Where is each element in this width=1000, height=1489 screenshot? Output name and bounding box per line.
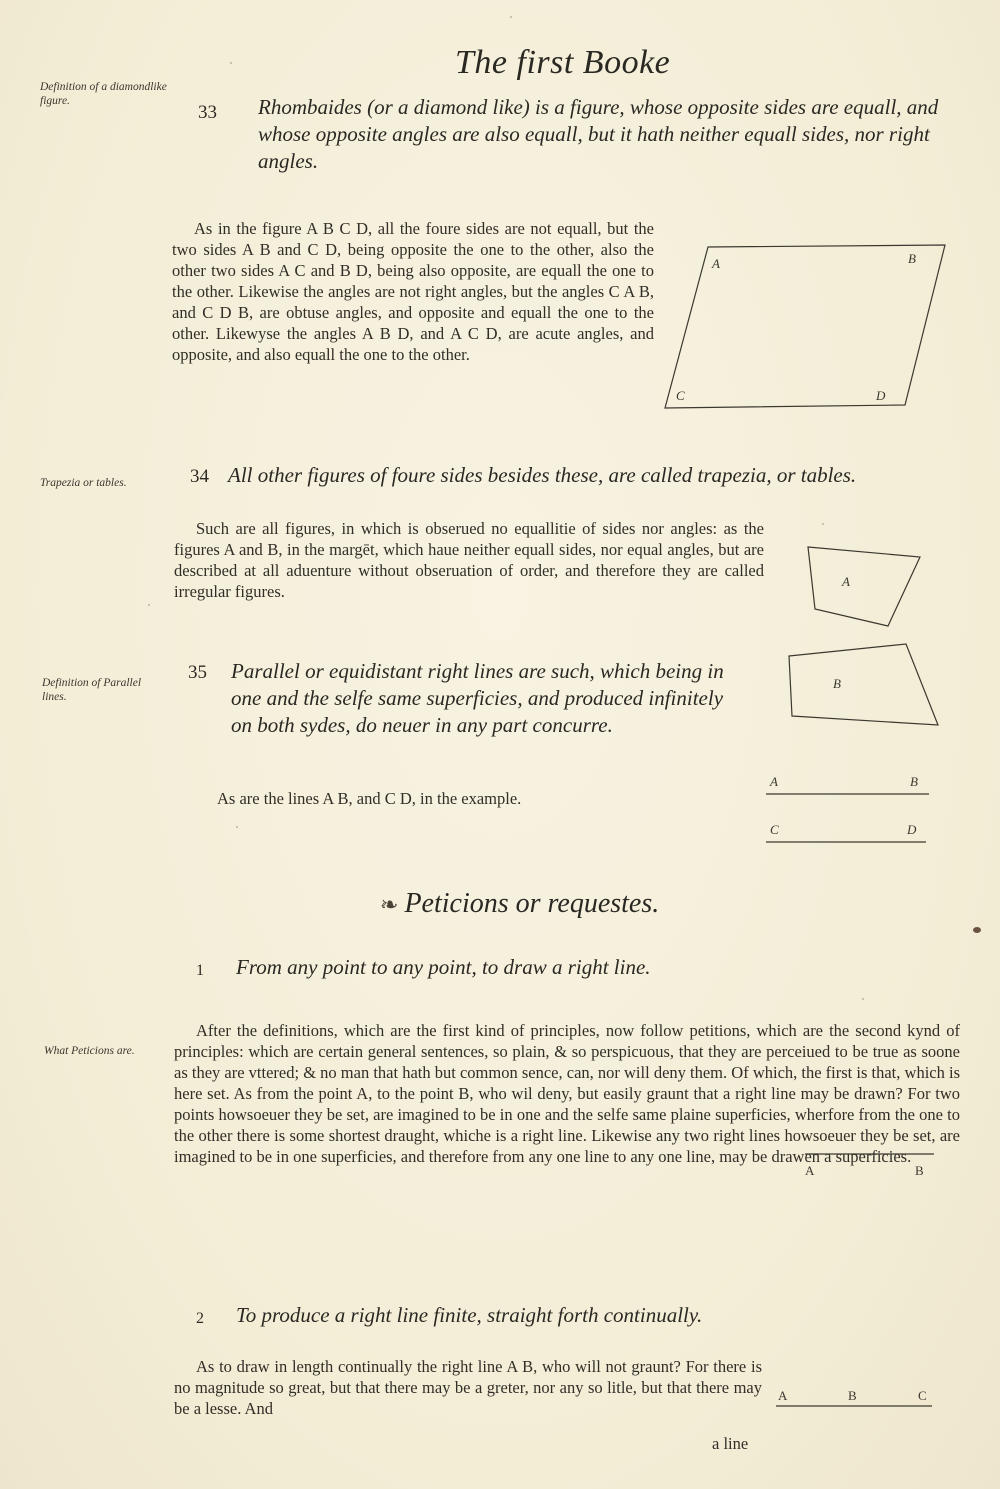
ink-speck xyxy=(862,998,864,1000)
ink-speck xyxy=(510,16,512,18)
svg-text:C: C xyxy=(918,1388,927,1403)
ink-speck xyxy=(148,604,150,606)
ink-speck xyxy=(236,826,238,828)
ink-blot xyxy=(973,927,981,933)
ink-speck xyxy=(230,62,232,64)
book-page: The first Booke Definition of a diamondl… xyxy=(0,0,1000,1489)
svg-text:B: B xyxy=(848,1388,857,1403)
ink-speck xyxy=(822,523,824,525)
svg-text:A: A xyxy=(778,1388,788,1403)
extended-line-figure: A B C xyxy=(0,0,1000,1489)
